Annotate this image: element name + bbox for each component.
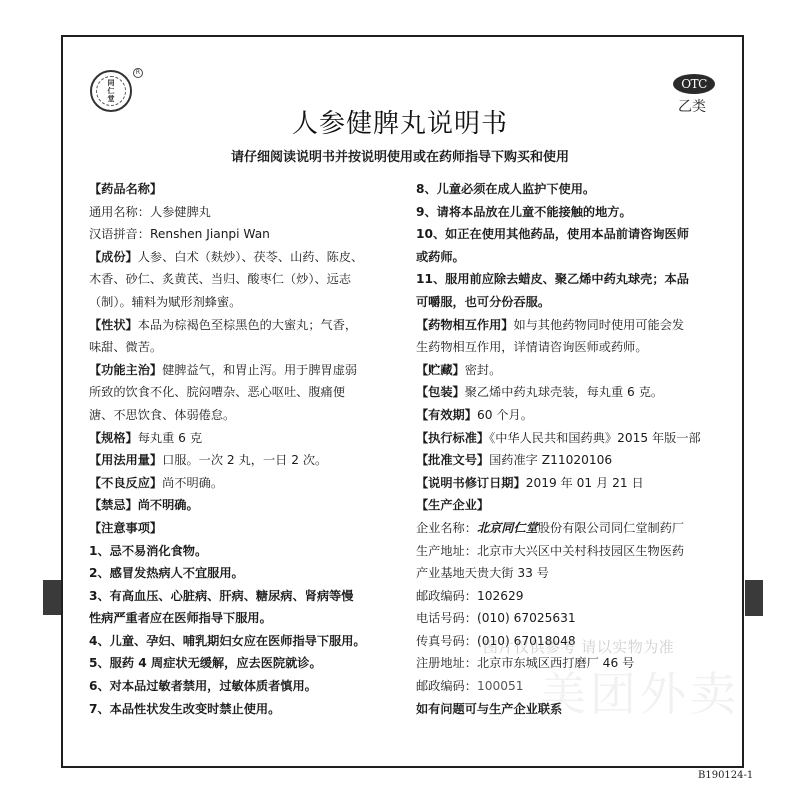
print-code: B190124-1 bbox=[698, 770, 753, 781]
approval-row: 【批准文号】国药准字 Z11020106 bbox=[416, 449, 734, 472]
precaution-item: 5、服药 4 周症状无缓解，应去医院就诊。 bbox=[89, 652, 414, 675]
dosage-text: 口服。一次 2 丸，一日 2 次。 bbox=[162, 453, 327, 467]
registered-postcode-label: 邮政编码： bbox=[416, 679, 477, 693]
section-heading-storage: 【贮藏】 bbox=[416, 363, 465, 377]
adverse-reactions-text: 尚不明确。 bbox=[162, 476, 223, 490]
precaution-item: 11、服用前应除去蜡皮、聚乙烯中药丸球壳；本品 bbox=[416, 268, 734, 291]
otc-badge: OTC bbox=[673, 74, 715, 94]
registered-postcode-value: 100051 bbox=[477, 679, 524, 693]
logo-char: 堂 bbox=[108, 95, 115, 103]
phone-label: 电话号码： bbox=[416, 611, 477, 625]
registered-trademark-icon: R bbox=[133, 68, 143, 78]
pinyin-value: Renshen Jianpi Wan bbox=[150, 227, 270, 241]
section-heading-revision-date: 【说明书修订日期】 bbox=[416, 476, 526, 490]
standard-text: 《中华人民共和国药典》2015 年版一部 bbox=[489, 431, 701, 445]
manufacturer-name-row: 企业名称：北京同仁堂股份有限公司同仁堂制药厂 bbox=[416, 517, 734, 540]
indications-text: 溏、不思饮食、体弱倦怠。 bbox=[89, 404, 414, 427]
section-heading-adverse-reactions: 【不良反应】 bbox=[89, 476, 162, 490]
registered-address-label: 注册地址： bbox=[416, 656, 477, 670]
production-address-value: 北京市大兴区中关村科技园区生物医药 bbox=[477, 544, 684, 558]
ingredients-text: 人参、白术（麸炒）、茯苓、山药、陈皮、 bbox=[138, 250, 363, 264]
logo-char: 同 bbox=[108, 79, 115, 87]
generic-name-value: 人参健脾丸 bbox=[150, 205, 211, 219]
adverse-reactions-row: 【不良反应】尚不明确。 bbox=[89, 472, 414, 495]
section-heading-indications: 【功能主治】 bbox=[89, 363, 162, 377]
validity-row: 【有效期】60 个月。 bbox=[416, 404, 734, 427]
contraindications-text: 尚不明确。 bbox=[138, 498, 199, 512]
specification-text: 每丸重 6 克 bbox=[138, 431, 202, 445]
fax-label: 传真号码： bbox=[416, 634, 477, 648]
section-heading-properties: 【性状】 bbox=[89, 318, 138, 332]
section-heading-approval: 【批准文号】 bbox=[416, 453, 489, 467]
indications-text: 健脾益气，和胃止泻。用于脾胃虚弱 bbox=[162, 363, 357, 377]
section-heading-specification: 【规格】 bbox=[89, 431, 138, 445]
precaution-item: 8、儿童必须在成人监护下使用。 bbox=[416, 178, 734, 201]
precaution-item: 可嚼服，也可分份吞服。 bbox=[416, 291, 734, 314]
production-address-value: 产业基地天贵大街 33 号 bbox=[416, 562, 734, 585]
approval-text: 国药准字 Z11020106 bbox=[489, 453, 612, 467]
registered-address-row: 注册地址：北京市东城区西打磨厂 46 号 bbox=[416, 652, 734, 675]
pinyin-label: 汉语拼音： bbox=[89, 227, 150, 241]
ingredients-row: 【成份】人参、白术（麸炒）、茯苓、山药、陈皮、 bbox=[89, 246, 414, 269]
precaution-item: 性病严重者应在医师指导下服用。 bbox=[89, 607, 414, 630]
section-heading-precautions: 【注意事项】 bbox=[89, 517, 414, 540]
storage-row: 【贮藏】密封。 bbox=[416, 359, 734, 382]
revision-date-row: 【说明书修订日期】2019 年 01 月 21 日 bbox=[416, 472, 734, 495]
left-column: 【药品名称】 通用名称：人参健脾丸 汉语拼音：Renshen Jianpi Wa… bbox=[89, 178, 414, 720]
fax-value: (010) 67018048 bbox=[477, 634, 576, 648]
validity-text: 60 个月。 bbox=[477, 408, 533, 422]
section-heading-manufacturer: 【生产企业】 bbox=[416, 494, 734, 517]
document-subtitle: 请仔细阅读说明书并按说明使用或在药师指导下购买和使用 bbox=[0, 146, 800, 165]
phone-value: (010) 67025631 bbox=[477, 611, 576, 625]
specification-row: 【规格】每丸重 6 克 bbox=[89, 427, 414, 450]
generic-name-row: 通用名称：人参健脾丸 bbox=[89, 201, 414, 224]
dosage-row: 【用法用量】口服。一次 2 丸，一日 2 次。 bbox=[89, 449, 414, 472]
precaution-item: 或药师。 bbox=[416, 246, 734, 269]
section-heading-validity: 【有效期】 bbox=[416, 408, 477, 422]
packaging-text: 聚乙烯中药丸球壳装，每丸重 6 克。 bbox=[465, 385, 663, 399]
storage-text: 密封。 bbox=[465, 363, 502, 377]
indications-row: 【功能主治】健脾益气，和胃止泻。用于脾胃虚弱 bbox=[89, 359, 414, 382]
manufacturer-name-label: 企业名称： bbox=[416, 521, 477, 535]
section-heading-standard: 【执行标准】 bbox=[416, 431, 489, 445]
manufacturer-brand-calligraphy: 北京同仁堂 bbox=[477, 521, 538, 535]
postcode-label: 邮政编码： bbox=[416, 589, 477, 603]
logo-char: 仁 bbox=[108, 87, 115, 95]
postcode-row: 邮政编码：102629 bbox=[416, 585, 734, 608]
section-heading-ingredients: 【成份】 bbox=[89, 250, 138, 264]
precaution-item: 7、本品性状发生改变时禁止使用。 bbox=[89, 698, 414, 721]
fax-row: 传真号码：(010) 67018048 bbox=[416, 630, 734, 653]
edge-registration-mark-right bbox=[745, 580, 763, 616]
standard-row: 【执行标准】《中华人民共和国药典》2015 年版一部 bbox=[416, 427, 734, 450]
precaution-item: 10、如正在使用其他药品，使用本品前请咨询医师 bbox=[416, 223, 734, 246]
properties-text: 本品为棕褐色至棕黑色的大蜜丸；气香， bbox=[138, 318, 357, 332]
section-heading-drug-name: 【药品名称】 bbox=[89, 178, 414, 201]
section-heading-contraindications: 【禁忌】 bbox=[89, 498, 138, 512]
section-heading-packaging: 【包装】 bbox=[416, 385, 465, 399]
revision-date-text: 2019 年 01 月 21 日 bbox=[526, 476, 644, 490]
edge-registration-mark-left bbox=[43, 580, 62, 615]
precaution-item: 9、请将本品放在儿童不能接触的地方。 bbox=[416, 201, 734, 224]
generic-name-label: 通用名称： bbox=[89, 205, 150, 219]
section-heading-interactions: 【药物相互作用】 bbox=[416, 318, 514, 332]
properties-row: 【性状】本品为棕褐色至棕黑色的大蜜丸；气香， bbox=[89, 314, 414, 337]
production-address-label: 生产地址： bbox=[416, 544, 477, 558]
contraindications-row: 【禁忌】尚不明确。 bbox=[89, 494, 414, 517]
precaution-item: 2、感冒发热病人不宜服用。 bbox=[89, 562, 414, 585]
precaution-item: 4、儿童、孕妇、哺乳期妇女应在医师指导下服用。 bbox=[89, 630, 414, 653]
properties-text: 味甜、微苦。 bbox=[89, 336, 414, 359]
interactions-text: 生药物相互作用，详情请咨询医师或药师。 bbox=[416, 336, 734, 359]
precaution-item: 1、忌不易消化食物。 bbox=[89, 540, 414, 563]
phone-row: 电话号码：(010) 67025631 bbox=[416, 607, 734, 630]
packaging-row: 【包装】聚乙烯中药丸球壳装，每丸重 6 克。 bbox=[416, 381, 734, 404]
document-title: 人参健脾丸说明书 bbox=[0, 103, 800, 140]
indications-text: 所致的饮食不化、脘闷嘈杂、恶心呕吐、腹痛便 bbox=[89, 381, 414, 404]
pinyin-row: 汉语拼音：Renshen Jianpi Wan bbox=[89, 223, 414, 246]
postcode-value: 102629 bbox=[477, 589, 524, 603]
ingredients-text: （制）。辅料为赋形剂蜂蜜。 bbox=[89, 291, 414, 314]
registered-postcode-row: 邮政编码：100051 bbox=[416, 675, 734, 698]
precaution-item: 3、有高血压、心脏病、肝病、糖尿病、肾病等慢 bbox=[89, 585, 414, 608]
contact-note: 如有问题可与生产企业联系 bbox=[416, 698, 734, 721]
production-address-row: 生产地址：北京市大兴区中关村科技园区生物医药 bbox=[416, 540, 734, 563]
manufacturer-name-value: 股份有限公司同仁堂制药厂 bbox=[538, 521, 684, 535]
interactions-text: 如与其他药物同时使用可能会发 bbox=[514, 318, 685, 332]
right-column: 8、儿童必须在成人监护下使用。 9、请将本品放在儿童不能接触的地方。 10、如正… bbox=[416, 178, 734, 720]
registered-address-value: 北京市东城区西打磨厂 46 号 bbox=[477, 656, 634, 670]
interactions-row: 【药物相互作用】如与其他药物同时使用可能会发 bbox=[416, 314, 734, 337]
precaution-item: 6、对本品过敏者禁用，过敏体质者慎用。 bbox=[89, 675, 414, 698]
ingredients-text: 木香、砂仁、炙黄芪、当归、酸枣仁（炒）、远志 bbox=[89, 268, 414, 291]
section-heading-dosage: 【用法用量】 bbox=[89, 453, 162, 467]
